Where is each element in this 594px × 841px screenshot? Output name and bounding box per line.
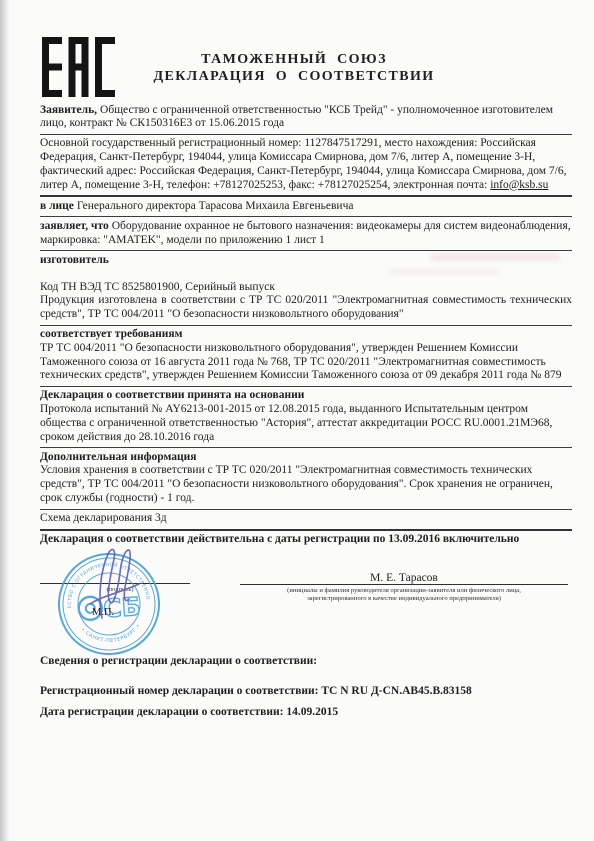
section-declares: заявляет, чтоОборудование охранное не бы… bbox=[40, 216, 572, 250]
tnved-code-line: Код ТН ВЭД ТС 8525801900, Серийный выпус… bbox=[40, 281, 572, 295]
registration-info-heading: Сведения о регистрации декларации о соот… bbox=[40, 655, 572, 669]
section-scheme: Схема декларирования 3д bbox=[40, 509, 572, 529]
additional-heading: Дополнительная информация bbox=[40, 451, 572, 465]
registration-number-line: Регистрационный номер декларации о соотв… bbox=[40, 684, 572, 698]
complies-heading: соответствует требованиям bbox=[40, 328, 572, 342]
registration-text: Основной государственный регистрационный… bbox=[40, 137, 566, 190]
registration-date-line: Дата регистрации декларации о соответств… bbox=[40, 705, 572, 719]
applicant-text: Общество с ограниченной ответственностью… bbox=[40, 104, 553, 130]
section-basis: Декларация о соответствии принята на осн… bbox=[40, 386, 572, 447]
additional-text: Условия хранения в соответствии с ТР ТС … bbox=[40, 464, 572, 505]
manufacturer-heading: изготовитель bbox=[40, 254, 572, 268]
registration-info: Сведения о регистрации декларации о соот… bbox=[40, 655, 572, 719]
title-line-2: ДЕКЛАРАЦИЯ О СООТВЕТСТВИИ bbox=[28, 68, 560, 85]
basis-heading: Декларация о соответствии принята на осн… bbox=[40, 389, 572, 403]
basis-text: Протокола испытаний № AY6213-001-2015 от… bbox=[40, 403, 572, 444]
applicant-label: Заявитель, bbox=[40, 104, 97, 116]
section-manufacturer: изготовитель Код ТН ВЭД ТС 8525801900, С… bbox=[40, 250, 572, 324]
section-applicant: Заявитель,Общество с ограниченной ответс… bbox=[40, 101, 572, 134]
product-made-line: Продукция изготовлена в соответствии с Т… bbox=[40, 294, 572, 321]
manufacturer-blank bbox=[40, 268, 572, 281]
scanner-edge-shadow bbox=[0, 0, 9, 841]
person-label: в лице bbox=[40, 200, 74, 212]
mp-seal-label: М.П. bbox=[92, 607, 114, 618]
section-complies: соответствует требованиям ТР ТС 004/2011… bbox=[40, 325, 572, 386]
document-title: ТАМОЖЕННЫЙ СОЮЗ ДЕКЛАРАЦИЯ О СООТВЕТСТВИ… bbox=[28, 37, 560, 85]
person-text: Генерального директора Тарасова Михаила … bbox=[77, 200, 354, 212]
signature-block: (подпись) М.П. ОБЩЕСТВО С ОГРАНИЧЕННОЙ О… bbox=[40, 550, 572, 653]
declares-label: заявляет, что bbox=[40, 220, 109, 232]
email-link: info@ksb.su bbox=[490, 179, 548, 191]
head-of-organization: М. Е. Тарасов (инициалы и фамилия руково… bbox=[240, 572, 568, 604]
complies-text: ТР ТС 004/2011 "О безопасности низковоль… bbox=[40, 342, 572, 383]
document-header: ТАМОЖЕННЫЙ СОЮЗ ДЕКЛАРАЦИЯ О СООТВЕТСТВИ… bbox=[40, 37, 572, 101]
section-person: в лицеГенерального директора Тарасова Ми… bbox=[40, 195, 572, 216]
scheme-line: Схема декларирования 3д bbox=[40, 512, 572, 526]
signatory-caption-1: (инициалы и фамилия руководителя организ… bbox=[240, 587, 568, 595]
document-content: ТАМОЖЕННЫЙ СОЮЗ ДЕКЛАРАЦИЯ О СООТВЕТСТВИ… bbox=[40, 0, 572, 726]
signatory-caption-2: зарегистрированного в качестве индивидуа… bbox=[240, 595, 568, 603]
declares-text: Оборудование охранное не бытового назнач… bbox=[40, 220, 571, 246]
section-registration-details: Основной государственный регистрационный… bbox=[40, 134, 572, 195]
scanned-declaration-page: { "header": { "title1": "ТАМОЖЕННЫЙ СОЮЗ… bbox=[0, 0, 594, 841]
section-additional-info: Дополнительная информация Условия хранен… bbox=[40, 447, 572, 508]
title-line-1: ТАМОЖЕННЫЙ СОЮЗ bbox=[28, 51, 560, 68]
